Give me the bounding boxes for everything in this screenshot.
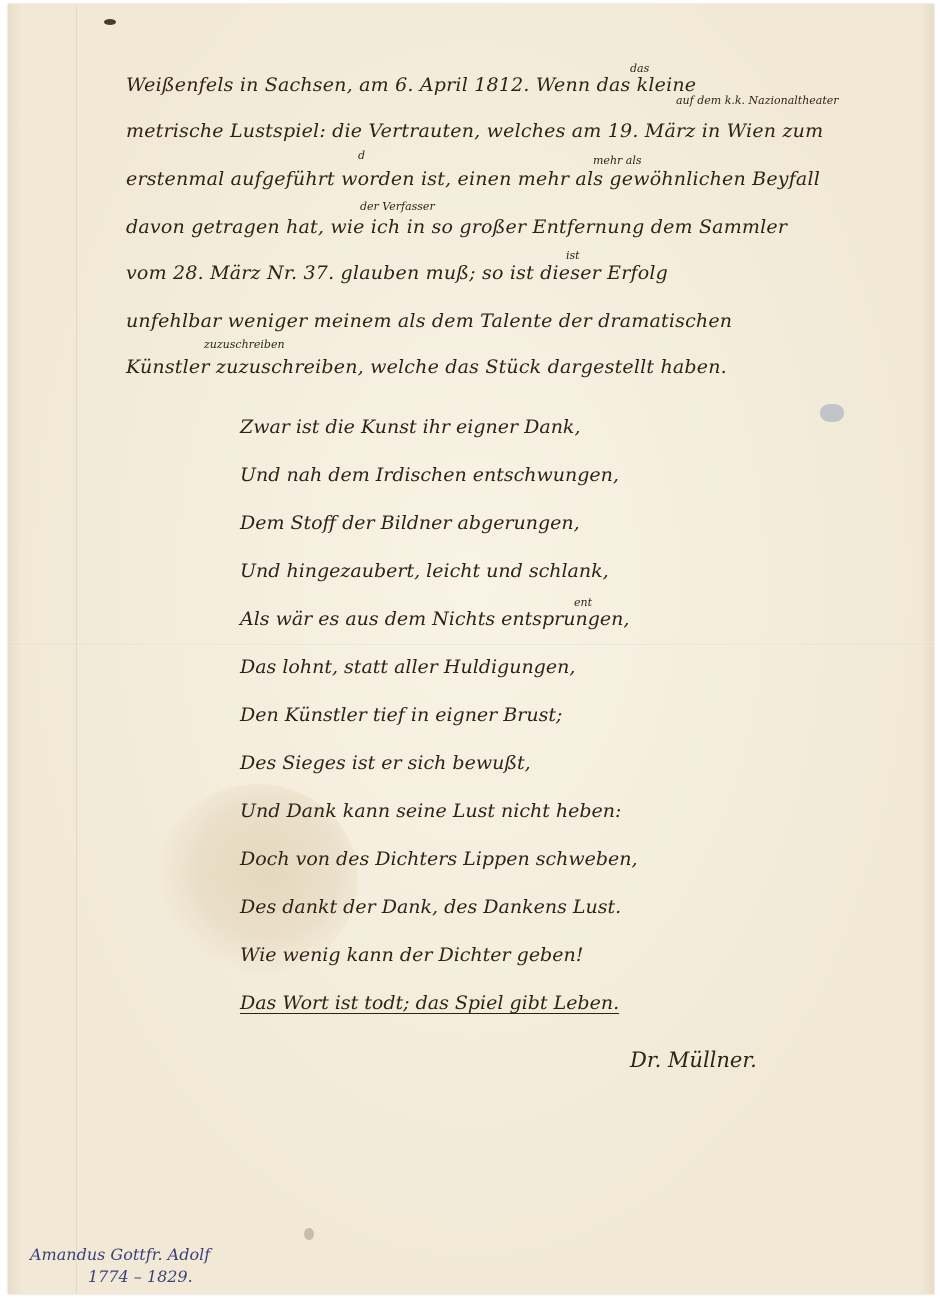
poem-line-13: Das Wort ist todt; das Spiel gibt Leben. [240,992,619,1014]
poem-line-1: Zwar ist die Kunst ihr eigner Dank, [240,416,581,438]
insertion-zuzuschreiben: zuzuschreiben [204,338,285,351]
poem-line-8: Des Sieges ist er sich bewußt, [240,752,531,774]
poem-line-5: Als wär es aus dem Nichts entsprungen, [240,608,629,630]
vertical-fold-crease [76,4,77,1294]
poem-line-2: Und nah dem Irdischen entschwungen, [240,464,619,486]
poem-line-11: Des dankt der Dank, des Dankens Lust. [240,896,621,918]
insertion-ist: ist [566,249,580,262]
poem-line-6: Das lohnt, statt aller Huldigungen, [240,656,575,678]
poem-line-3: Dem Stoff der Bildner abgerungen, [240,512,580,534]
poem-line-12: Wie wenig kann der Dichter geben! [240,944,583,966]
insertion-der-verfasser: der Verfasser [360,200,435,213]
signature: Dr. Müllner. [630,1048,757,1072]
archival-attribution-note: Amandus Gottfr. Adolf 1774 – 1829. [30,1244,210,1288]
prose-line-6: unfehlbar weniger meinem als dem Talente… [126,310,732,332]
paper-spot [304,1228,314,1240]
ink-blot [104,19,116,25]
insertion-mehr-als: mehr als [593,154,642,167]
blue-ink-spot [820,404,844,422]
attribution-name: Amandus Gottfr. Adolf [30,1245,210,1264]
prose-line-1: Weißenfels in Sachsen, am 6. April 1812.… [126,74,696,96]
prose-line-4: davon getragen hat, wie ich in so großer… [126,216,787,238]
poem-line-10: Doch von des Dichters Lippen schweben, [240,848,638,870]
prose-line-7: Künstler zuzuschreiben, welche das Stück… [126,356,727,378]
prose-line-2: metrische Lustspiel: die Vertrauten, wel… [126,120,823,142]
insertion-nationaltheater: auf dem k.k. Nazionaltheater [676,94,839,107]
poem-line-4: Und hingezaubert, leicht und schlank, [240,560,609,582]
insertion-d: d [358,149,365,162]
prose-line-5: vom 28. März Nr. 37. glauben muß; so ist… [126,262,668,284]
poem-line-7: Den Künstler tief in eigner Brust; [240,704,562,726]
horizontal-fold-crease [8,644,934,646]
poem-line-9: Und Dank kann seine Lust nicht heben: [240,800,621,822]
attribution-dates: 1774 – 1829. [30,1266,210,1288]
manuscript-page: das auf dem k.k. Nazionaltheater Weißenf… [8,4,934,1294]
prose-line-3: erstenmal aufgeführt worden ist, einen m… [126,168,820,190]
